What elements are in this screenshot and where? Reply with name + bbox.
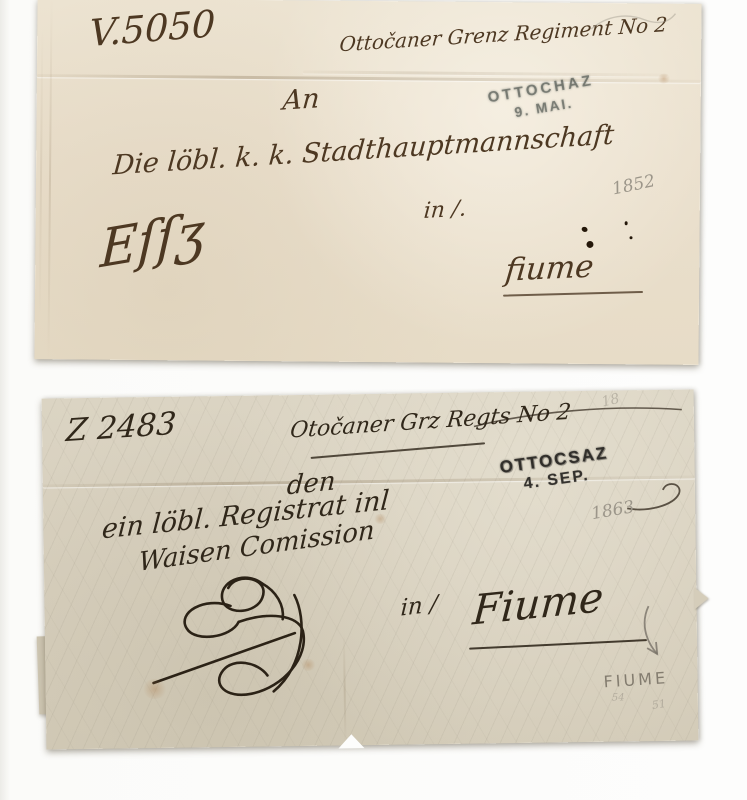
foxing-spot [657,74,671,84]
ink-spot [625,221,628,225]
left-fold-line [39,28,44,317]
pencil-year-note: 1863 [590,497,636,524]
pencil-small-mark: 54 [612,692,625,703]
pencil-year-note: 1852 [610,171,656,199]
ottocsaz-postmark: OTTOCSAZ 4. SEP. [498,442,612,498]
destination-fiume-handwritten: Fiume [471,573,605,635]
ink-spot [630,236,633,239]
fold-crease [303,70,668,76]
foxing-spot [373,514,387,524]
pencil-destination-note: FIUME [603,668,669,691]
right-edge-torn-flap [694,587,708,609]
ink-spot [586,241,593,248]
reference-number-handwritten: Z 2483 [65,406,178,450]
pencil-small-mark: 51 [651,697,667,712]
in-mark: in / [400,591,438,622]
left-fold-line [47,0,52,359]
ex-offo-franchise-mark: Eſſʒ [99,202,206,281]
ex-offo-franchise-flourish [144,554,396,702]
reference-number-handwritten: V.5050 [89,2,216,55]
destination-underline [503,291,643,297]
destination-underline [469,639,647,650]
destination-fiume-handwritten: fiume [504,249,596,289]
bottom-edge-tear [338,734,364,748]
address-line-in: in /. [423,196,468,224]
postal-cover-top-1852: V.5050 Ottočaner Grenz Regiment No 2 OTT… [34,0,701,365]
postal-cover-bottom-1863: Z 2483 Otočaner Grz Regts No 2 OTTOCSAZ … [42,389,699,749]
salutation-an: An [282,83,321,116]
corner-inscription-underline [311,442,486,459]
ink-flourish-stroke [472,400,687,433]
address-line-recipient: Die löbl. k. k. Stadthauptmannschaft [112,120,616,182]
pencil-arrow [639,604,674,664]
ink-spot [581,226,588,233]
faint-pencil-squiggle [587,7,677,38]
photo-of-two-postal-covers: V.5050 Ottočaner Grenz Regiment No 2 OTT… [0,0,747,800]
